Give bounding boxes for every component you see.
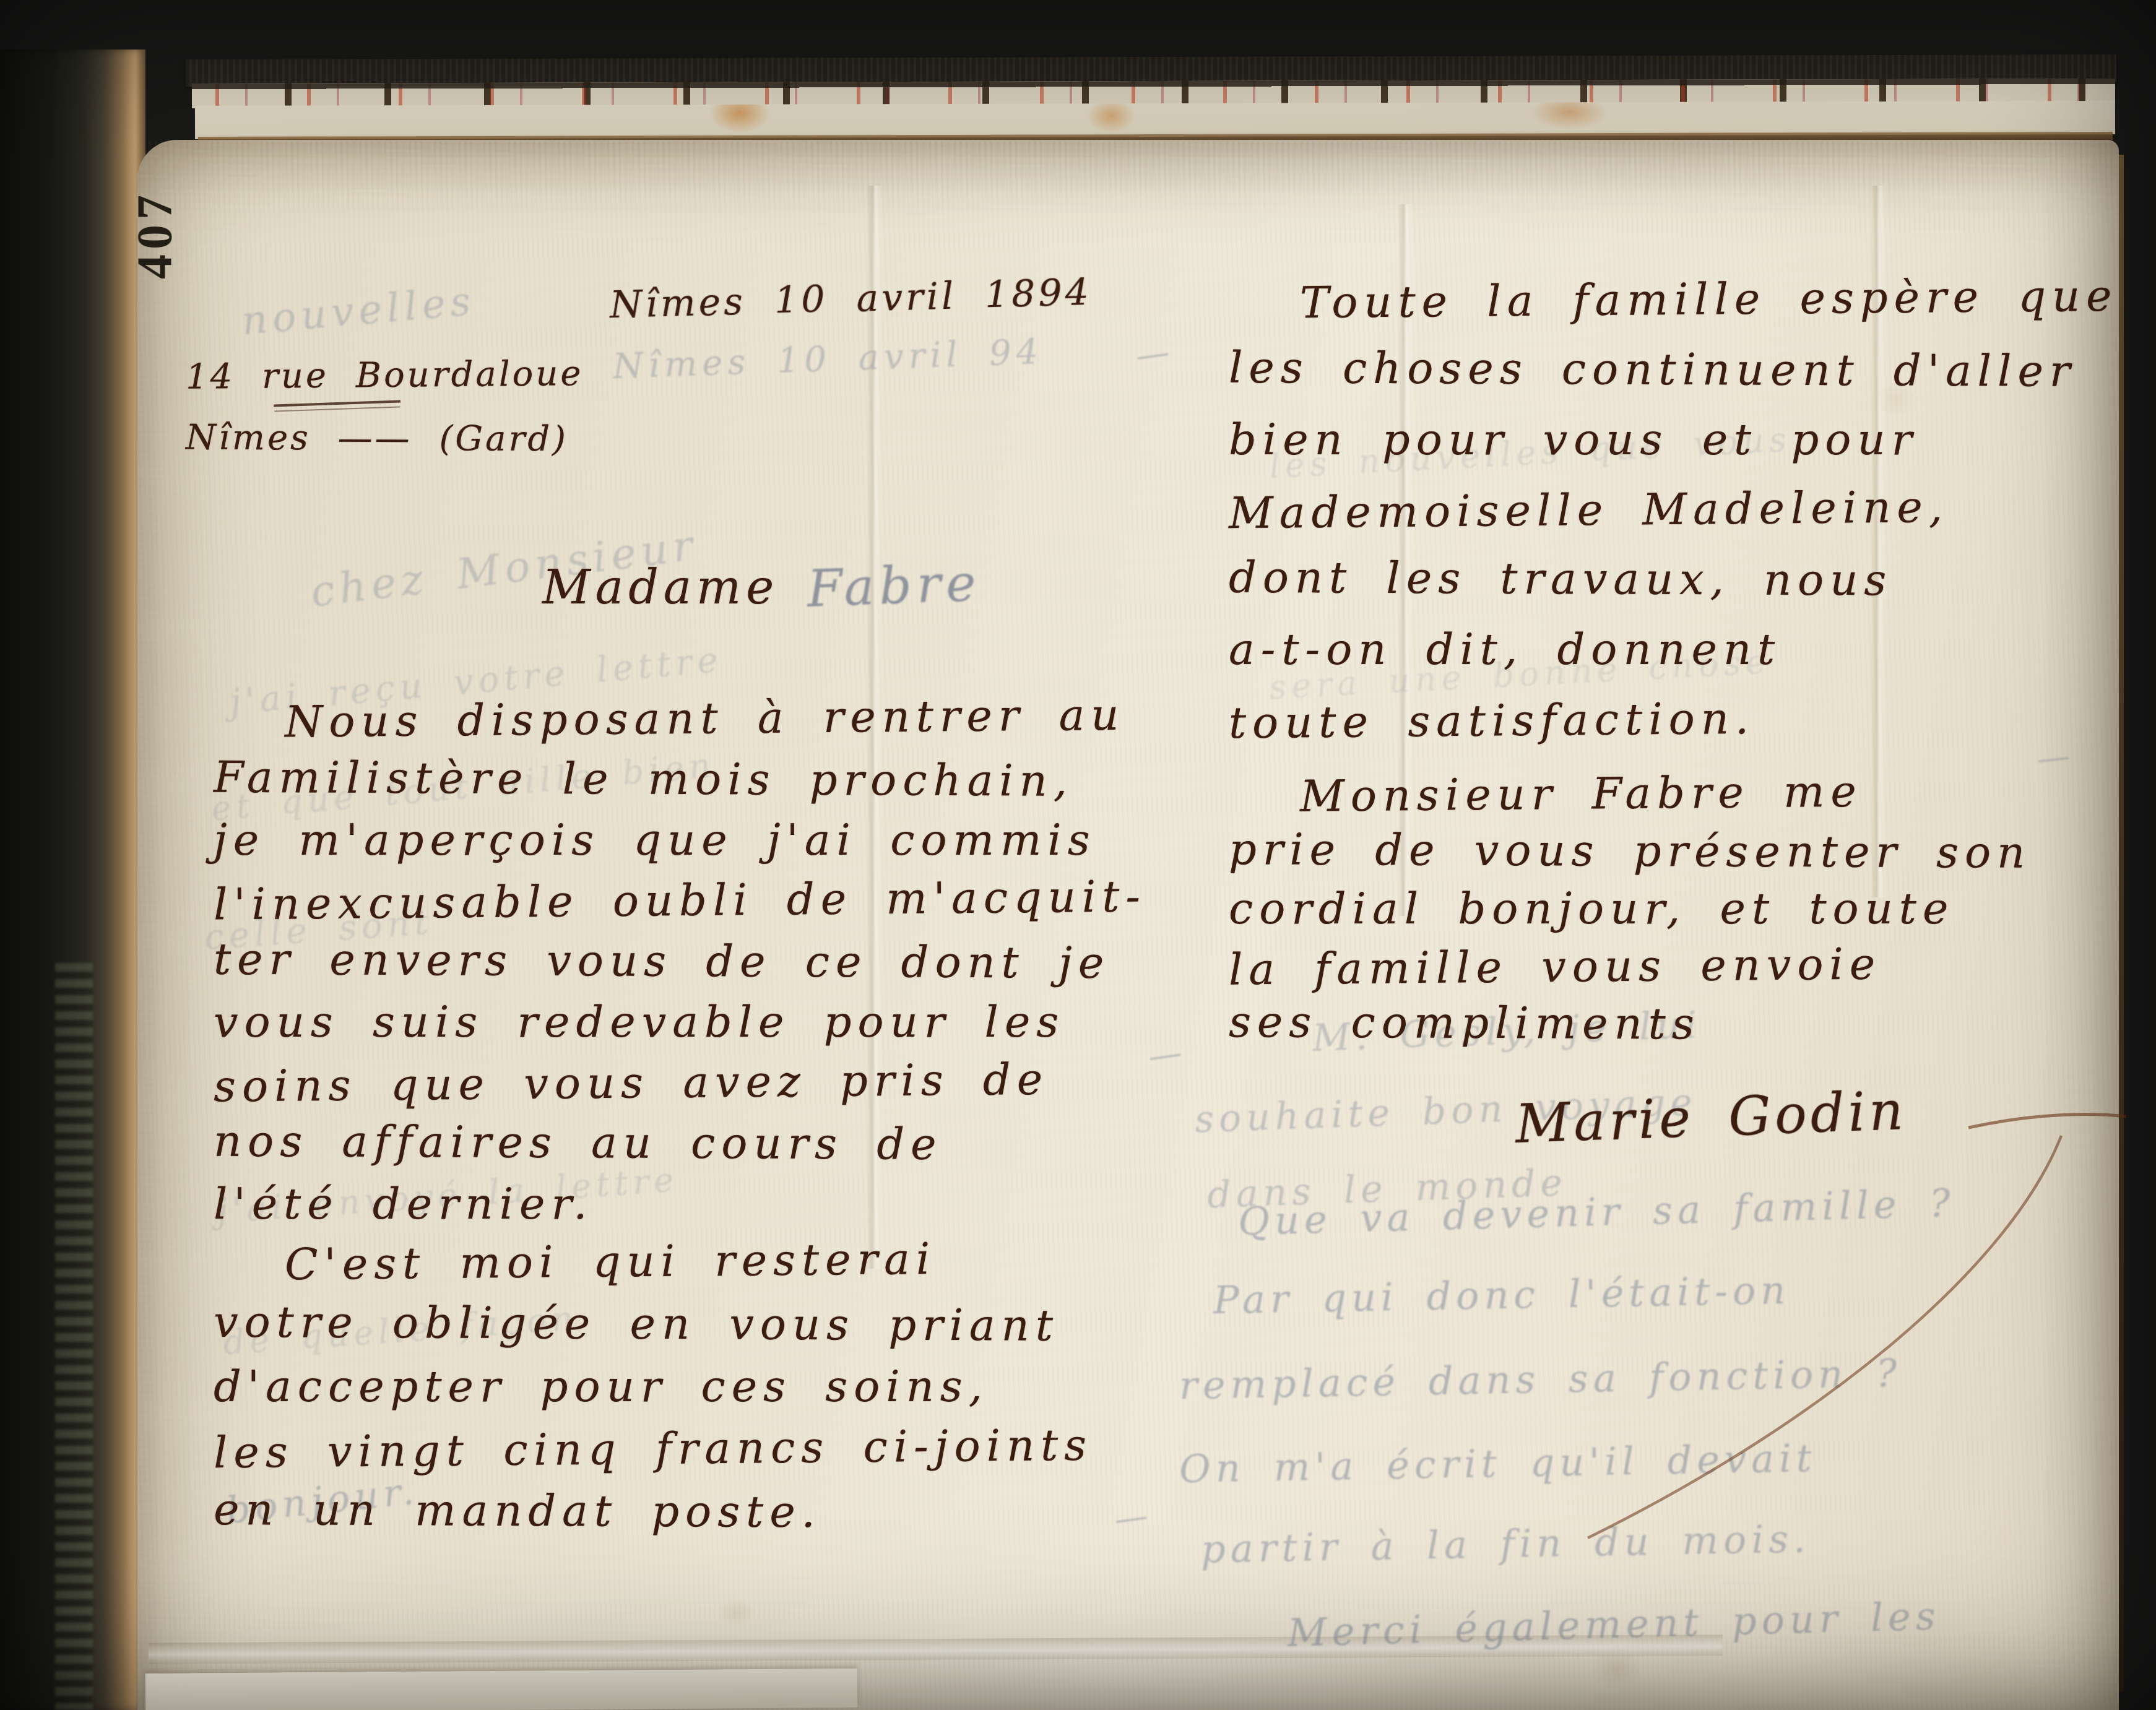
salutation-name-pencil: Fabre [807, 554, 982, 619]
handwriting-line: la famille vous envoie [1229, 934, 2032, 998]
handwriting-line: Familistère le mois prochain, [214, 747, 1146, 812]
handwriting-line: en un mandat poste. [214, 1479, 1093, 1545]
page-number: 407 [128, 190, 184, 279]
address-line-1: 14 rue Bourdaloue [186, 342, 584, 409]
handwriting-line: vous suis redevable pour les [214, 991, 1146, 1052]
paragraph-left-2: C'est moi qui resteraivotre obligée en v… [214, 1230, 1093, 1543]
handwriting-line: cordial bonjour, et toute [1229, 880, 2031, 938]
handwriting-line: prie de vous présenter son [1229, 821, 2032, 882]
book-spine-edge [0, 50, 145, 1710]
handwriting-line: nos affaires au cours de [214, 1111, 1146, 1176]
handwriting-line: Monsieur Fabre me [1229, 761, 2032, 826]
salutation-word: Madame [542, 559, 779, 615]
handwriting-line: Nous disposant à rentrer au [214, 684, 1147, 753]
handwriting-line: Mademoiselle Madeleine, [1229, 471, 2118, 549]
sender-address: 14 rue Bourdaloue Nîmes —— (Gard) [186, 344, 584, 470]
underlying-page-edge [145, 1669, 857, 1710]
paragraph-left-1: Nous disposant à rentrer auFamilistère l… [214, 688, 1146, 1234]
handwriting-line: a-t-on dit, donnent [1229, 615, 2118, 684]
paragraph-right-2: Monsieur Fabre meprie de vous présenter … [1229, 765, 2031, 1053]
handwriting-line: ses compliments [1229, 993, 2032, 1055]
handwriting-line: l'inexcusable oubli de m'acquit- [214, 866, 1147, 935]
handwriting-line: je m'aperçois que j'ai commis [214, 810, 1146, 870]
handwriting-line: bien pour vous et pour [1229, 405, 2118, 475]
photograph-of-letterbook: 407 nouvellesNîmes 10 avril 94chez Monsi… [0, 0, 2156, 1710]
handwriting-line: Toute la famille espère que [1229, 261, 2118, 339]
handwriting-line: votre obligée en vous priant [214, 1291, 1093, 1357]
handwriting-line: C'est moi qui resterai [214, 1227, 1093, 1297]
address-line-2: Nîmes —— (Gard) [186, 407, 584, 472]
handwriting-line: soins que vous avez pris de [214, 1048, 1147, 1116]
salutation: MadameFabre [542, 557, 981, 616]
handwriting-line: l'été dernier. [214, 1173, 1146, 1234]
handwriting-line: toute satisfaction. [1229, 681, 2118, 759]
page-number-stamp: 407 [121, 176, 189, 293]
handwriting-line: d'accepter pour ces soins, [214, 1355, 1093, 1418]
handwriting-line: les vingt cinq francs ci-joints [214, 1414, 1093, 1484]
paragraph-right-1: Toute la famille espère queles choses co… [1229, 265, 2118, 754]
handwriting-line: ter envers vous de ce dont je [214, 929, 1146, 994]
handwriting-line: dont les travaux, nous [1229, 543, 2118, 616]
handwriting-line: les choses continuent d'aller [1229, 333, 2118, 407]
